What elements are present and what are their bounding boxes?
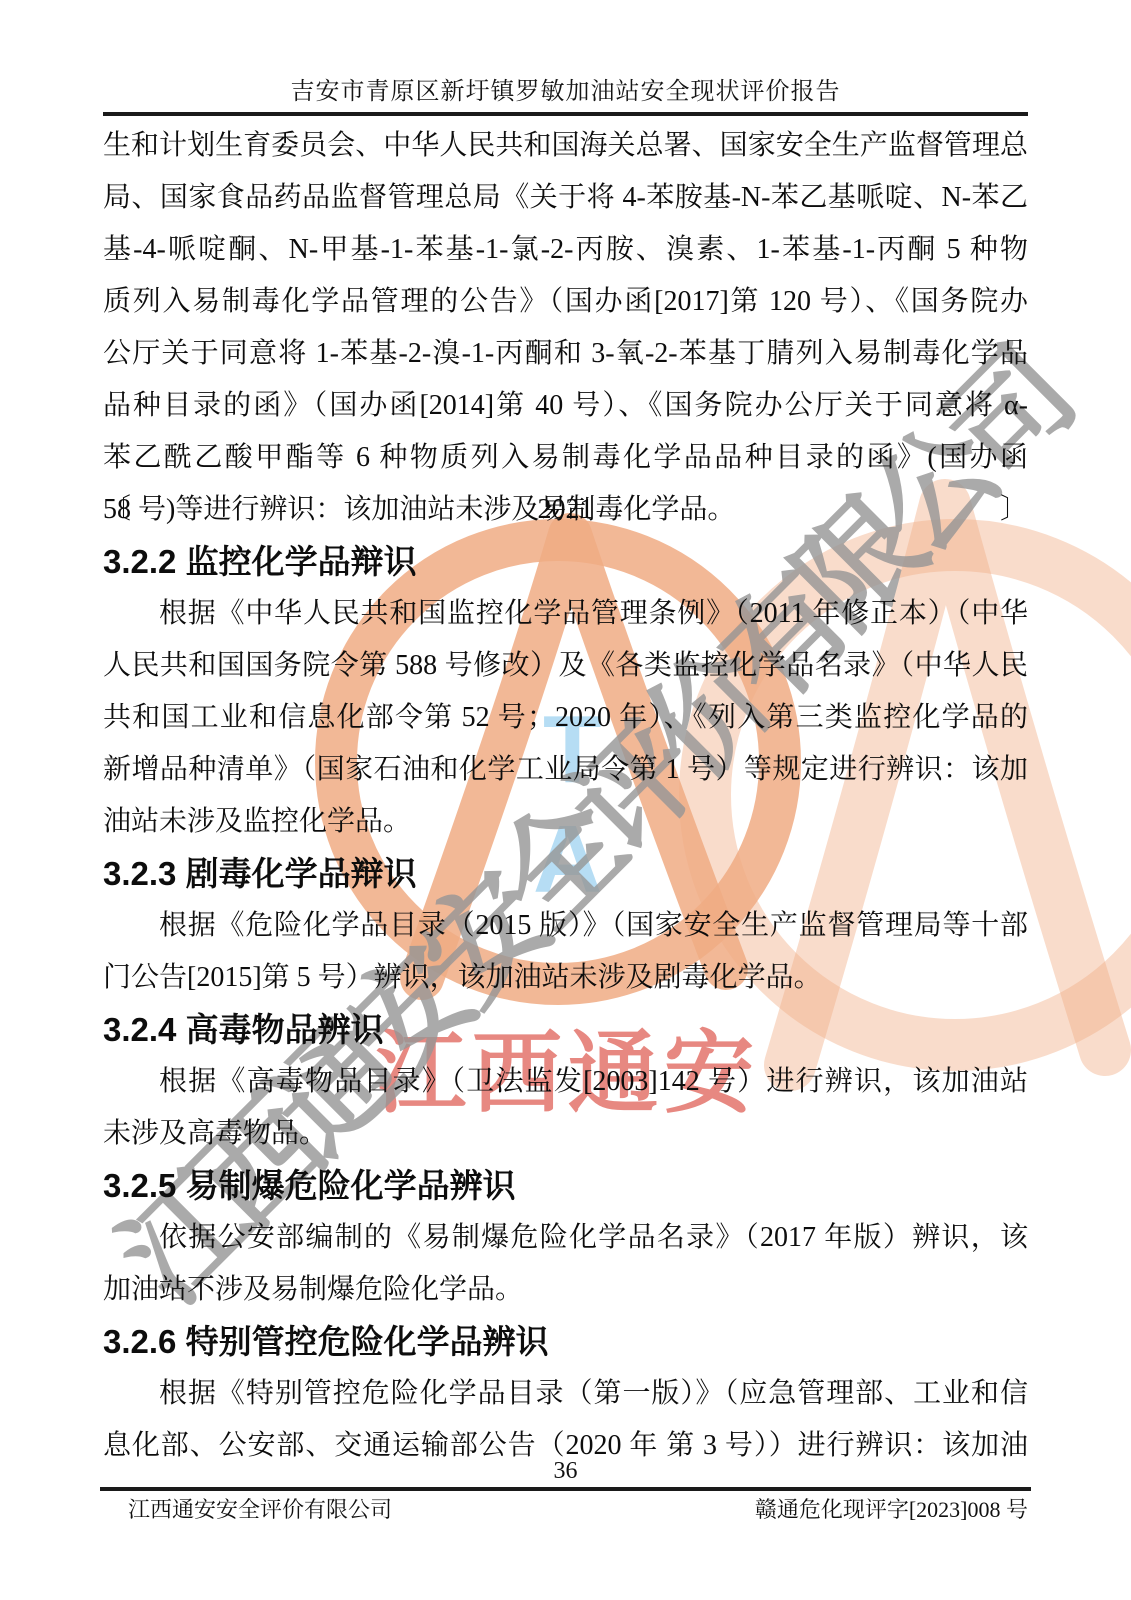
- text-line: 共和国工业和信息化部令第 52 号；2020 年）、《列入第三类监控化学品的: [103, 692, 1028, 744]
- header-rule: [103, 112, 1028, 116]
- section-heading: 3.2.4 高毒物品辨识: [103, 1004, 1028, 1056]
- page-number: 36: [0, 1458, 1131, 1484]
- section-heading: 3.2.5 易制爆危险化学品辨识: [103, 1160, 1028, 1212]
- text-line: 油站未涉及监控化学品。: [103, 796, 1028, 848]
- text-line: 未涉及高毒物品。: [103, 1108, 1028, 1160]
- text-line: 基-4-哌啶酮、N-甲基-1-苯基-1-氯-2-丙胺、溴素、1-苯基-1-丙酮 …: [103, 224, 1028, 276]
- text-line: 门公告[2015]第 5 号）辨识，该加油站未涉及剧毒化学品。: [103, 952, 1028, 1004]
- header-title: 吉安市青原区新圩镇罗敏加油站安全现状评价报告: [0, 78, 1131, 106]
- text-line: 根据《中华人民共和国监控化学品管理条例》（2011 年修正本）（中华: [103, 588, 1028, 640]
- text-line: 根据《危险化学品目录（2015 版）》（国家安全生产监督管理局等十部: [103, 900, 1028, 952]
- section-heading: 3.2.6 特别管控危险化学品辨识: [103, 1316, 1028, 1368]
- section-heading: 3.2.3 剧毒化学品辩识: [103, 848, 1028, 900]
- text-line: 质列入易制毒化学品管理的公告》（国办函[2017]第 120 号）、《国务院办: [103, 276, 1028, 328]
- text-line: 新增品种清单》（国家石油和化学工业局令第 1 号）等规定进行辨识：该加: [103, 744, 1028, 796]
- text-line: 加油站不涉及易制爆危险化学品。: [103, 1264, 1028, 1316]
- text-line: 人民共和国国务院令第 588 号修改）及《各类监控化学品名录》（中华人民: [103, 640, 1028, 692]
- section-heading: 3.2.2 监控化学品辩识: [103, 536, 1028, 588]
- body-text: 生和计划生育委员会、中华人民共和国海关总署、国家安全生产监督管理总局、国家食品药…: [103, 120, 1028, 1472]
- text-line: 苯乙酰乙酸甲酯等 6 种物质列入易制毒化学品品种目录的函》(国办函〔2021〕: [103, 432, 1028, 484]
- text-line: 根据《特别管控危险化学品目录（第一版）》（应急管理部、工业和信: [103, 1368, 1028, 1420]
- footer-company-name: 江西通安安全评价有限公司: [103, 1496, 392, 1524]
- text-line: 依据公安部编制的《易制爆危险化学品名录》（2017 年版）辨识，该: [103, 1212, 1028, 1264]
- footer-rule: [100, 1487, 1031, 1491]
- text-line: 根据《高毒物品目录》（卫法监发[2003]142 号）进行辨识，该加油站: [103, 1056, 1028, 1108]
- text-line: 公厅关于同意将 1-苯基-2-溴-1-丙酮和 3-氧-2-苯基丁腈列入易制毒化学…: [103, 328, 1028, 380]
- footer-document-number: 赣通危化现评字[2023]008 号: [755, 1496, 1028, 1524]
- text-line: 品种目录的函》（国办函[2014]第 40 号）、《国务院办公厅关于同意将 α-: [103, 380, 1028, 432]
- document-page: T A 江西通安 江西通安安全评价有限公司 吉安市青原区新圩镇罗敏加油站安全现状…: [0, 0, 1131, 1600]
- text-line: 局、国家食品药品监督管理总局《关于将 4-苯胺基-N-苯乙基哌啶、N-苯乙: [103, 172, 1028, 224]
- text-line: 生和计划生育委员会、中华人民共和国海关总署、国家安全生产监督管理总: [103, 120, 1028, 172]
- footer-bar: 江西通安安全评价有限公司 赣通危化现评字[2023]008 号: [103, 1496, 1028, 1524]
